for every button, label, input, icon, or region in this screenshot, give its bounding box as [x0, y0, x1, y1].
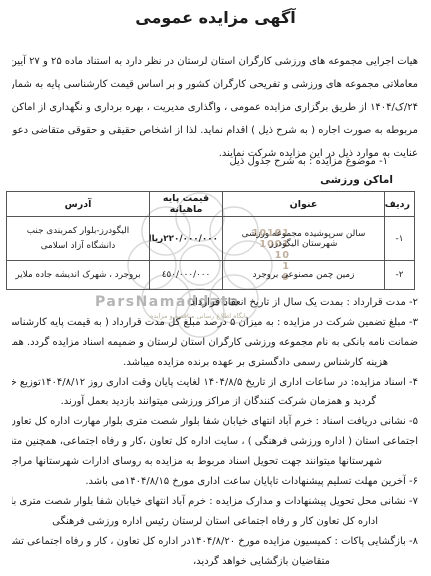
- subject-item-line: ۱- موضوع مزایده : به شرح جدول ذیل: [229, 156, 388, 167]
- term-line-8-cont: متقاضیان بازگشایی خواهد گردید،: [12, 552, 330, 572]
- intro-line: مربوطه به صورت اجاره ( به شرح ذیل ) اقدا…: [12, 119, 418, 142]
- term-line-5-cont: شهرستانها میتوانند جهت تحویل اسناد مربوط…: [12, 452, 382, 472]
- page-title: آگهی مزایده عمومی: [0, 8, 431, 27]
- column-header-price: قیمت پایه ماهیانه: [150, 192, 223, 217]
- term-line-7-cont: اداره کل تعاون کار و رفاه اجتماعی استان …: [12, 512, 378, 532]
- intro-line: ۲۴/ک/۱۴۰۴ از طریق برگزاری مزایده عمومی ،…: [12, 96, 418, 119]
- intro-line: معاملاتی مجموعه های ورزشی و تفریحی کارگر…: [12, 73, 418, 96]
- term-line-2: ۲- مدت قرارداد : بمدت یک سال از تاریخ ان…: [12, 293, 418, 313]
- cell-address: بروجرد ، شهرک اندیشه جاده ملایر: [7, 261, 150, 290]
- term-line-3-cont: ضمانت نامه بانکی به نام مجموعه ورزشی کار…: [12, 333, 418, 353]
- term-line-6: ۶- آخرین مهلت تسلیم پیشنهادات تاپایان سا…: [12, 472, 418, 492]
- cell-price: ٤٥٠/٠٠٠/٠٠٠: [150, 261, 223, 290]
- venues-section-subtitle: اماکن ورزشی: [320, 174, 393, 186]
- column-header-radif: ردیف: [385, 192, 415, 217]
- terms-list: ۲- مدت قرارداد : بمدت یک سال از تاریخ ان…: [12, 293, 418, 571]
- cell-onvan: سالن سرپوشیده مجموعه ورزشی شهرستان الیگو…: [223, 217, 385, 261]
- term-line-3-cont: هزینه کارشناس رسمی دادگستری بر عهده برند…: [12, 353, 388, 373]
- venues-table: ردیف عنوان قیمت پایه ماهیانه آدرس ۱- سال…: [6, 191, 415, 290]
- term-line-7: ۷- نشانی محل تحویل پیشنهادات و مدارک مزا…: [12, 492, 418, 512]
- cell-radif: ۲-: [385, 261, 415, 290]
- intro-paragraph: هیات اجرایی مجموعه های ورزشی کارگران است…: [12, 50, 418, 165]
- term-line-3: ۳- مبلغ تضمین شرکت در مزایده : به میزان …: [12, 313, 418, 333]
- table-row: ۲- زمین چمن مصنوعی بروجرد ٤٥٠/٠٠٠/٠٠٠ بر…: [7, 261, 415, 290]
- term-line-5: ۵- نشانی دریافت اسناد : خرم آباد انتهای …: [12, 412, 418, 432]
- cell-price: ۲۲۰/۰۰۰/۰۰۰ریال: [150, 217, 223, 261]
- term-line-8: ۸- بازگشایی پاکات : کمیسیون مزایده مورخ …: [12, 532, 418, 552]
- cell-onvan: زمین چمن مصنوعی بروجرد: [223, 261, 385, 290]
- term-line-4-cont: گردید و همزمان شرکت کنندگان از مراکز ورز…: [12, 392, 376, 412]
- intro-line: هیات اجرایی مجموعه های ورزشی کارگران است…: [12, 50, 418, 73]
- term-line-5-cont: اجتماعی استان ( اداره ورزشی فرهنگی ) ، س…: [12, 432, 418, 452]
- table-header-row: ردیف عنوان قیمت پایه ماهیانه آدرس: [7, 192, 415, 217]
- cell-address: الیگودرز-بلوار کمربندی جنب دانشگاه آزاد …: [7, 217, 150, 261]
- column-header-onvan: عنوان: [223, 192, 385, 217]
- cell-radif: ۱-: [385, 217, 415, 261]
- column-header-address: آدرس: [7, 192, 150, 217]
- table-row: ۱- سالن سرپوشیده مجموعه ورزشی شهرستان ال…: [7, 217, 415, 261]
- term-line-4: ۴- اسناد مزایده: در ساعات اداری از تاریخ…: [12, 373, 418, 393]
- document-page: 10101 1001 10 1 9 ParsNamaddata پایگاه ا…: [0, 0, 431, 576]
